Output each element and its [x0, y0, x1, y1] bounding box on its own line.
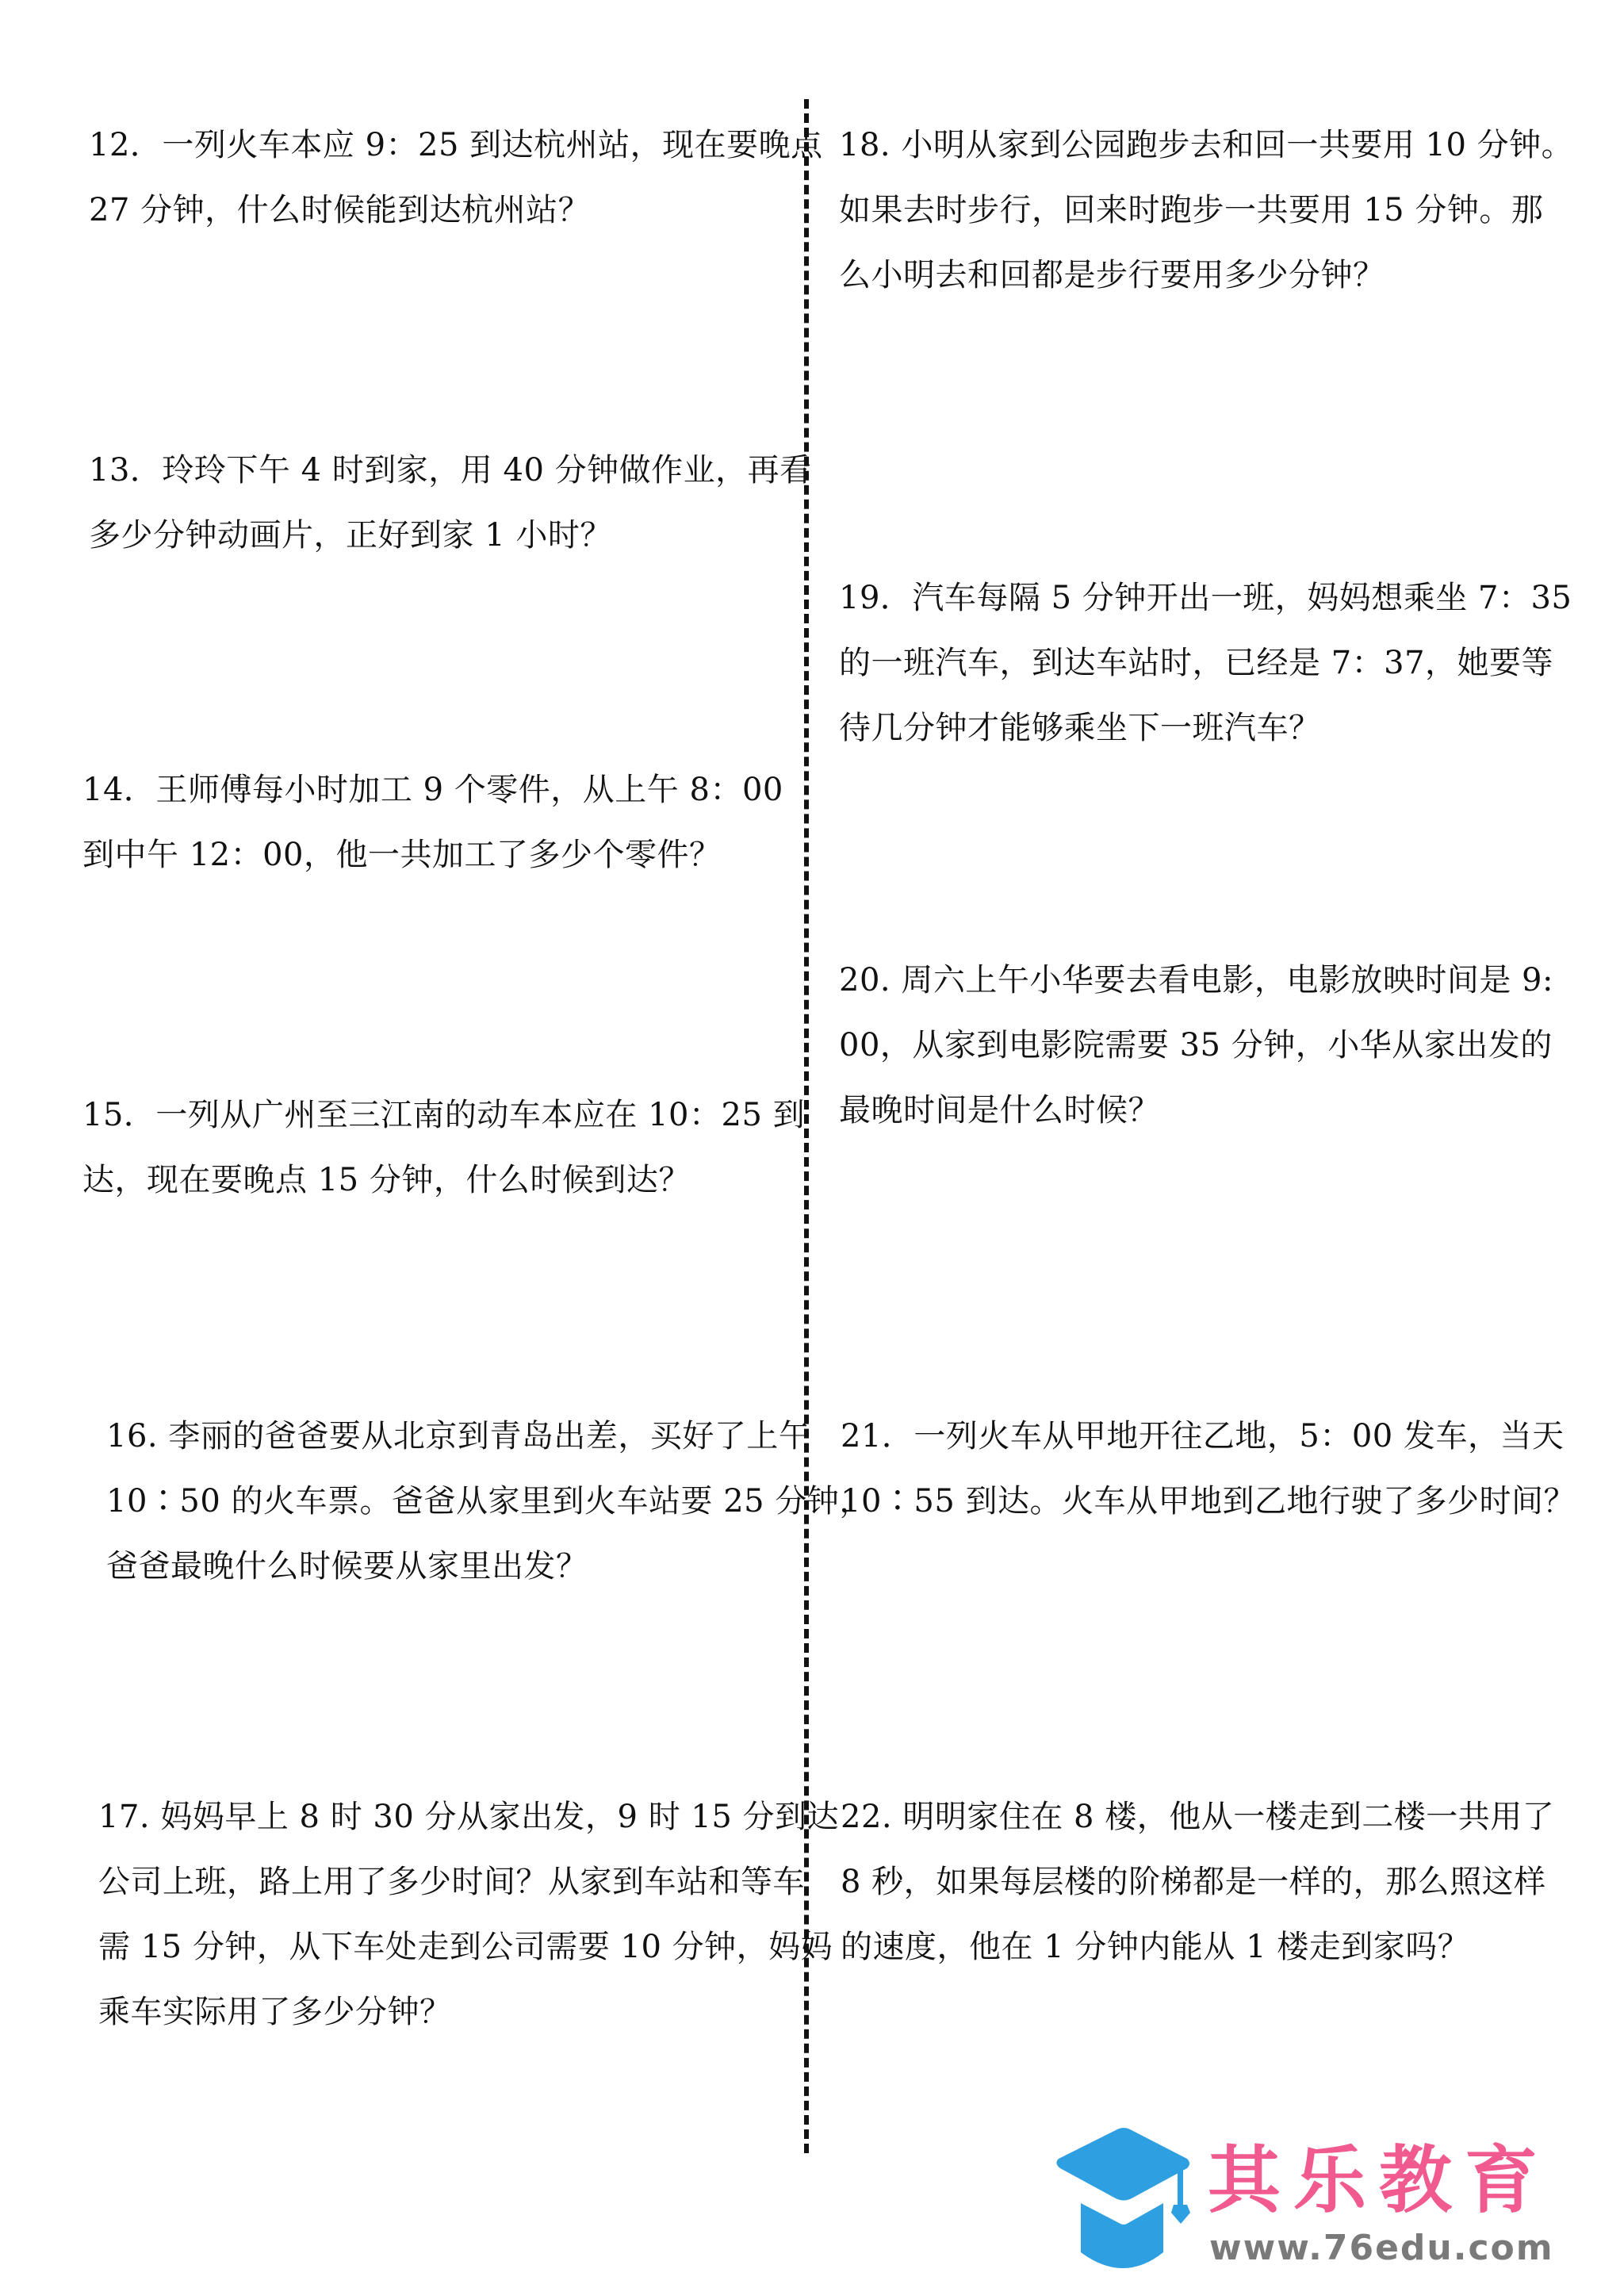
brand-name: 其乐教育 [1208, 2141, 1550, 2221]
problem-line: 10∶55 到达。火车从甲地到乙地行驶了多少时间？ [841, 1469, 1576, 1534]
problem-18: 18. 小明从家到公园跑步去和回一共要用 10 分钟。 如果去时步行，回来时跑步… [839, 113, 1573, 308]
problem-line: 22. 明明家住在 8 楼，他从一楼走到二楼一共用了 [841, 1784, 1554, 1849]
problem-20: 20. 周六上午小华要去看电影，电影放映时间是 9: 00，从家到电影院需要 3… [839, 948, 1553, 1143]
problem-line: 13．玲玲下午 4 时到家，用 40 分钟做作业，再看 [89, 438, 812, 503]
problem-19: 19．汽车每隔 5 分钟开出一班，妈妈想乘坐 7：35 的一班汽车，到达车站时，… [839, 565, 1572, 761]
problem-line: 10∶50 的火车票。爸爸从家里到火车站要 25 分钟， [106, 1469, 871, 1534]
problem-line: 么小明去和回都是步行要用多少分钟？ [839, 243, 1573, 308]
problem-12: 12．一列火车本应 9：25 到达杭州站，现在要晚点 27 分钟，什么时候能到达… [89, 113, 823, 243]
problem-line: 12．一列火车本应 9：25 到达杭州站，现在要晚点 [89, 113, 823, 178]
problem-line: 8 秒，如果每层楼的阶梯都是一样的，那么照这样 [841, 1849, 1554, 1914]
problem-22: 22. 明明家住在 8 楼，他从一楼走到二楼一共用了 8 秒，如果每层楼的阶梯都… [841, 1784, 1554, 1979]
problem-line: 爸爸最晚什么时候要从家里出发？ [106, 1534, 871, 1599]
problem-line: 19．汽车每隔 5 分钟开出一班，妈妈想乘坐 7：35 [839, 565, 1572, 630]
problem-line: 14．王师傅每小时加工 9 个零件，从上午 8：00 [82, 757, 783, 822]
graduation-cap-icon [1051, 2125, 1193, 2276]
problem-21: 21．一列火车从甲地开往乙地，5：00 发车，当天 10∶55 到达。火车从甲地… [841, 1404, 1576, 1534]
problem-16: 16. 李丽的爸爸要从北京到青岛出差，买好了上午 10∶50 的火车票。爸爸从家… [106, 1404, 871, 1599]
problem-line: 达，现在要晚点 15 分钟，什么时候到达？ [82, 1148, 805, 1213]
problem-line: 如果去时步行，回来时跑步一共要用 15 分钟。那 [839, 178, 1573, 243]
brand-url: www.76edu.com [1209, 2227, 1554, 2270]
problem-17: 17. 妈妈早上 8 时 30 分从家出发，9 时 15 分到达 公司上班，路上… [98, 1784, 839, 2045]
problem-line: 15．一列从广州至三江南的动车本应在 10：25 到 [82, 1083, 805, 1148]
problem-line: 最晚时间是什么时候？ [839, 1078, 1553, 1143]
problem-line: 的一班汽车，到达车站时，已经是 7：37，她要等 [839, 630, 1572, 696]
problem-line: 公司上班，路上用了多少时间？从家到车站和等车 [98, 1849, 839, 1914]
problem-line: 多少分钟动画片，正好到家 1 小时？ [89, 503, 812, 568]
problem-line: 到中午 12：00，他一共加工了多少个零件？ [82, 822, 783, 887]
problem-line: 21．一列火车从甲地开往乙地，5：00 发车，当天 [841, 1404, 1576, 1469]
problem-line: 20. 周六上午小华要去看电影，电影放映时间是 9: [839, 948, 1553, 1013]
problem-13: 13．玲玲下午 4 时到家，用 40 分钟做作业，再看 多少分钟动画片，正好到家… [89, 438, 812, 568]
problem-line: 的速度，他在 1 分钟内能从 1 楼走到家吗？ [841, 1914, 1554, 1979]
problem-15: 15．一列从广州至三江南的动车本应在 10：25 到 达，现在要晚点 15 分钟… [82, 1083, 805, 1213]
worksheet-page: 12．一列火车本应 9：25 到达杭州站，现在要晚点 27 分钟，什么时候能到达… [0, 0, 1624, 2288]
problem-line: 乘车实际用了多少分钟？ [98, 1979, 839, 2045]
problem-14: 14．王师傅每小时加工 9 个零件，从上午 8：00 到中午 12：00，他一共… [82, 757, 783, 887]
problem-line: 需 15 分钟，从下车处走到公司需要 10 分钟，妈妈 [98, 1914, 839, 1979]
problem-line: 18. 小明从家到公园跑步去和回一共要用 10 分钟。 [839, 113, 1573, 178]
problem-line: 17. 妈妈早上 8 时 30 分从家出发，9 时 15 分到达 [98, 1784, 839, 1849]
problem-line: 27 分钟，什么时候能到达杭州站？ [89, 178, 823, 243]
watermark-logo: 其乐教育 www.76edu.com [1051, 2125, 1606, 2276]
problem-line: 待几分钟才能够乘坐下一班汽车？ [839, 696, 1572, 761]
problem-line: 16. 李丽的爸爸要从北京到青岛出差，买好了上午 [106, 1404, 871, 1469]
problem-line: 00，从家到电影院需要 35 分钟，小华从家出发的 [839, 1013, 1553, 1078]
